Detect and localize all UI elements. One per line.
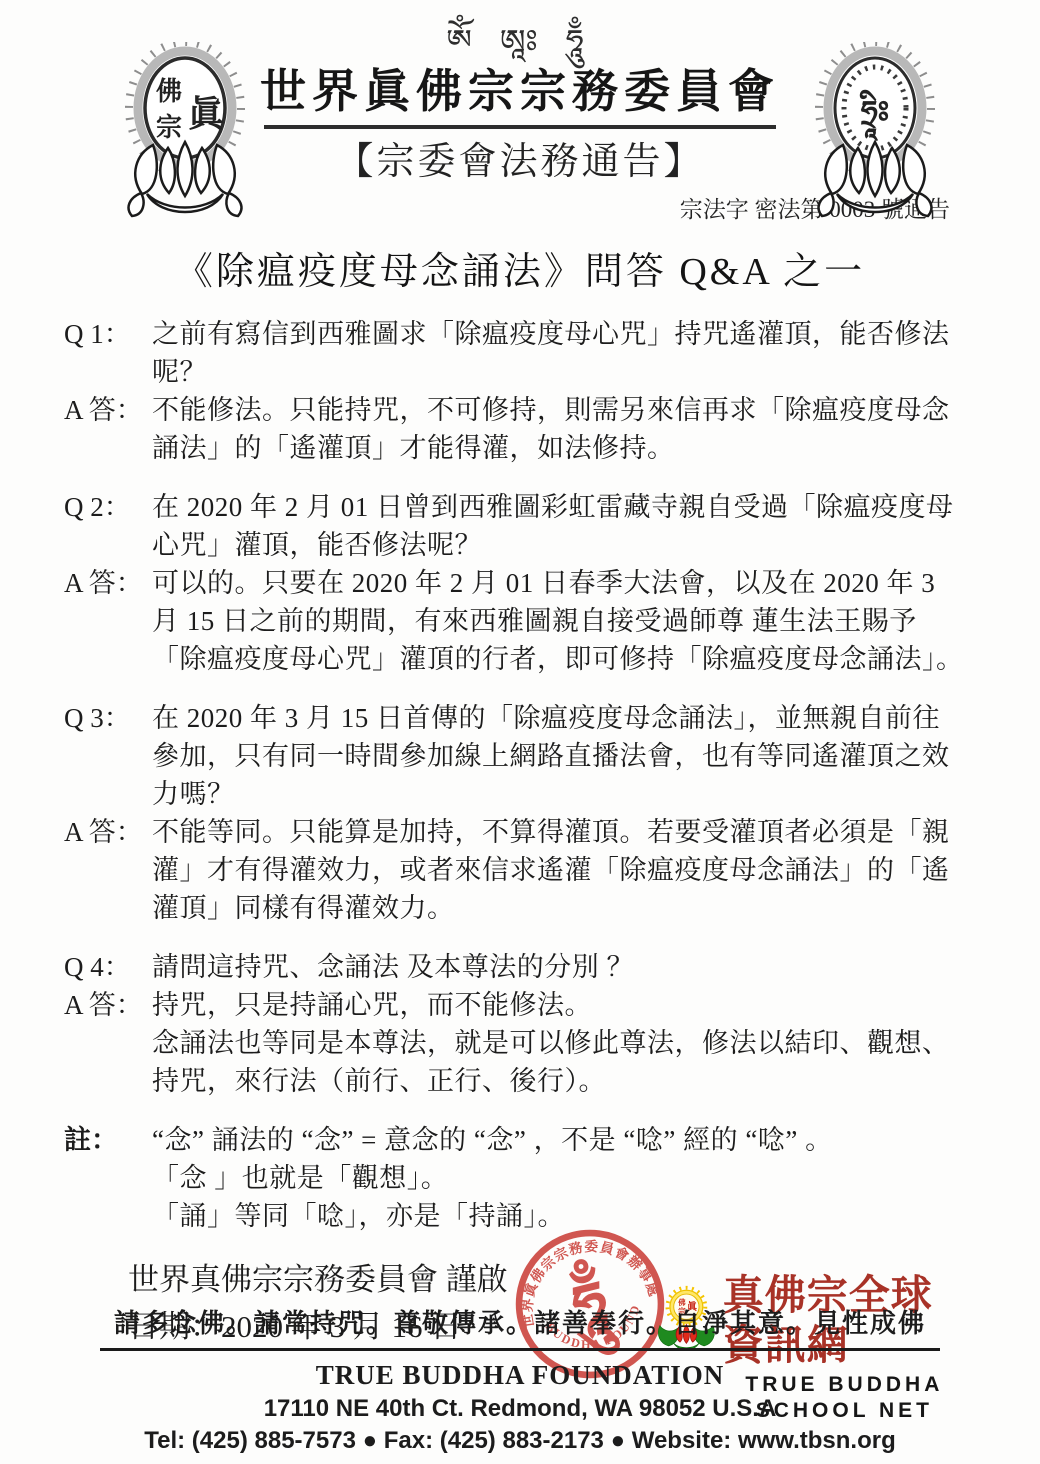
note-text: “念” 誦法的 “念” = 意念的 “念” ，不是 “唸” 經的 “唸” 。 「…: [152, 1121, 966, 1235]
question-text: 在 2020 年 3 月 15 日首傳的「除瘟疫度母念誦法」，並無親自前往參加，…: [152, 699, 966, 813]
emblem-char-zong: 宗: [156, 113, 182, 142]
qa-content: Q 1： 之前有寫信到西雅圖求「除瘟疫度母心咒」持咒遙灌頂，能否修法呢？ A 答…: [0, 297, 1040, 1404]
answer-label: A 答：: [64, 986, 152, 1024]
foundation-name: TRUE BUDDHA FOUNDATION: [0, 1359, 1040, 1392]
emblem-char-fo: 佛: [156, 77, 182, 106]
qa-block-1: Q 1： 之前有寫信到西雅圖求「除瘟疫度母心咒」持咒遙灌頂，能否修法呢？ A 答…: [64, 315, 966, 467]
question-label: Q 3：: [64, 699, 152, 737]
answer-text: 持咒，只是持誦心咒，而不能修法。 念誦法也等同是本尊法，就是可以修此尊法，修法以…: [152, 986, 966, 1100]
qa-block-4: Q 4： 請問這持咒、念誦法 及本尊法的分別 ？ A 答： 持咒，只是持誦心咒，…: [64, 948, 966, 1100]
answer-text: 不能修法。只能持咒，不可修持，則需另來信再求「除瘟疫度母念誦法」的「遙灌頂」才能…: [152, 391, 966, 467]
qa-block-3: Q 3： 在 2020 年 3 月 15 日首傳的「除瘟疫度母念誦法」，並無親自…: [64, 699, 966, 927]
page-title: 《除瘟疫度母念誦法》問答 Q&A 之一: [0, 247, 1040, 297]
qa-block-2: Q 2： 在 2020 年 2 月 01 日曾到西雅圖彩虹雷藏寺親自受過「除瘟疫…: [64, 488, 966, 678]
answer-label: A 答：: [64, 391, 152, 429]
document-footer: 請多念佛。請常持咒。尊敬傳承。諸善奉行。自淨其意。見性成佛 TRUE BUDDH…: [0, 1307, 1040, 1456]
question-label: Q 1：: [64, 315, 152, 353]
note-label: 註：: [64, 1121, 152, 1159]
title-divider: [264, 125, 776, 129]
note-block: 註： “念” 誦法的 “念” = 意念的 “念” ，不是 “唸” 經的 “唸” …: [64, 1121, 966, 1235]
emblem-char-zhen: 眞: [188, 94, 226, 134]
scanned-notice-page: 佛 宗 眞 ཧྲཱིཿ: [0, 0, 1040, 1464]
lotus-emblem-left-icon: 佛 宗 眞: [116, 42, 254, 227]
foundation-address: 17110 NE 40th Ct. Redmond, WA 98052 U.S.…: [0, 1394, 1040, 1424]
answer-text: 不能等同。只能算是加持，不算得灌頂。若要受灌頂者必須是「親灌」才有得灌效力，或者…: [152, 813, 966, 927]
question-label: Q 4：: [64, 948, 152, 986]
question-text: 請問這持咒、念誦法 及本尊法的分別 ？: [152, 948, 966, 986]
answer-text: 可以的。只要在 2020 年 2 月 01 日春季大法會，以及在 2020 年 …: [152, 564, 966, 678]
lotus-emblem-right-icon: ཧྲཱིཿ: [806, 42, 944, 227]
question-label: Q 2：: [64, 488, 152, 526]
tbsn-badge-char-1: 佛: [678, 1297, 686, 1307]
answer-label: A 答：: [64, 813, 152, 851]
foundation-contact: Tel: (425) 885-7573 ● Fax: (425) 883-217…: [0, 1426, 1040, 1456]
question-text: 在 2020 年 2 月 01 日曾到西雅圖彩虹雷藏寺親自受過「除瘟疫度母心咒」…: [152, 488, 966, 564]
answer-label: A 答：: [64, 564, 152, 602]
question-text: 之前有寫信到西雅圖求「除瘟疫度母心咒」持咒遙灌頂，能否修法呢？: [152, 315, 966, 391]
footer-motto: 請多念佛。請常持咒。尊敬傳承。諸善奉行。自淨其意。見性成佛: [100, 1307, 940, 1351]
